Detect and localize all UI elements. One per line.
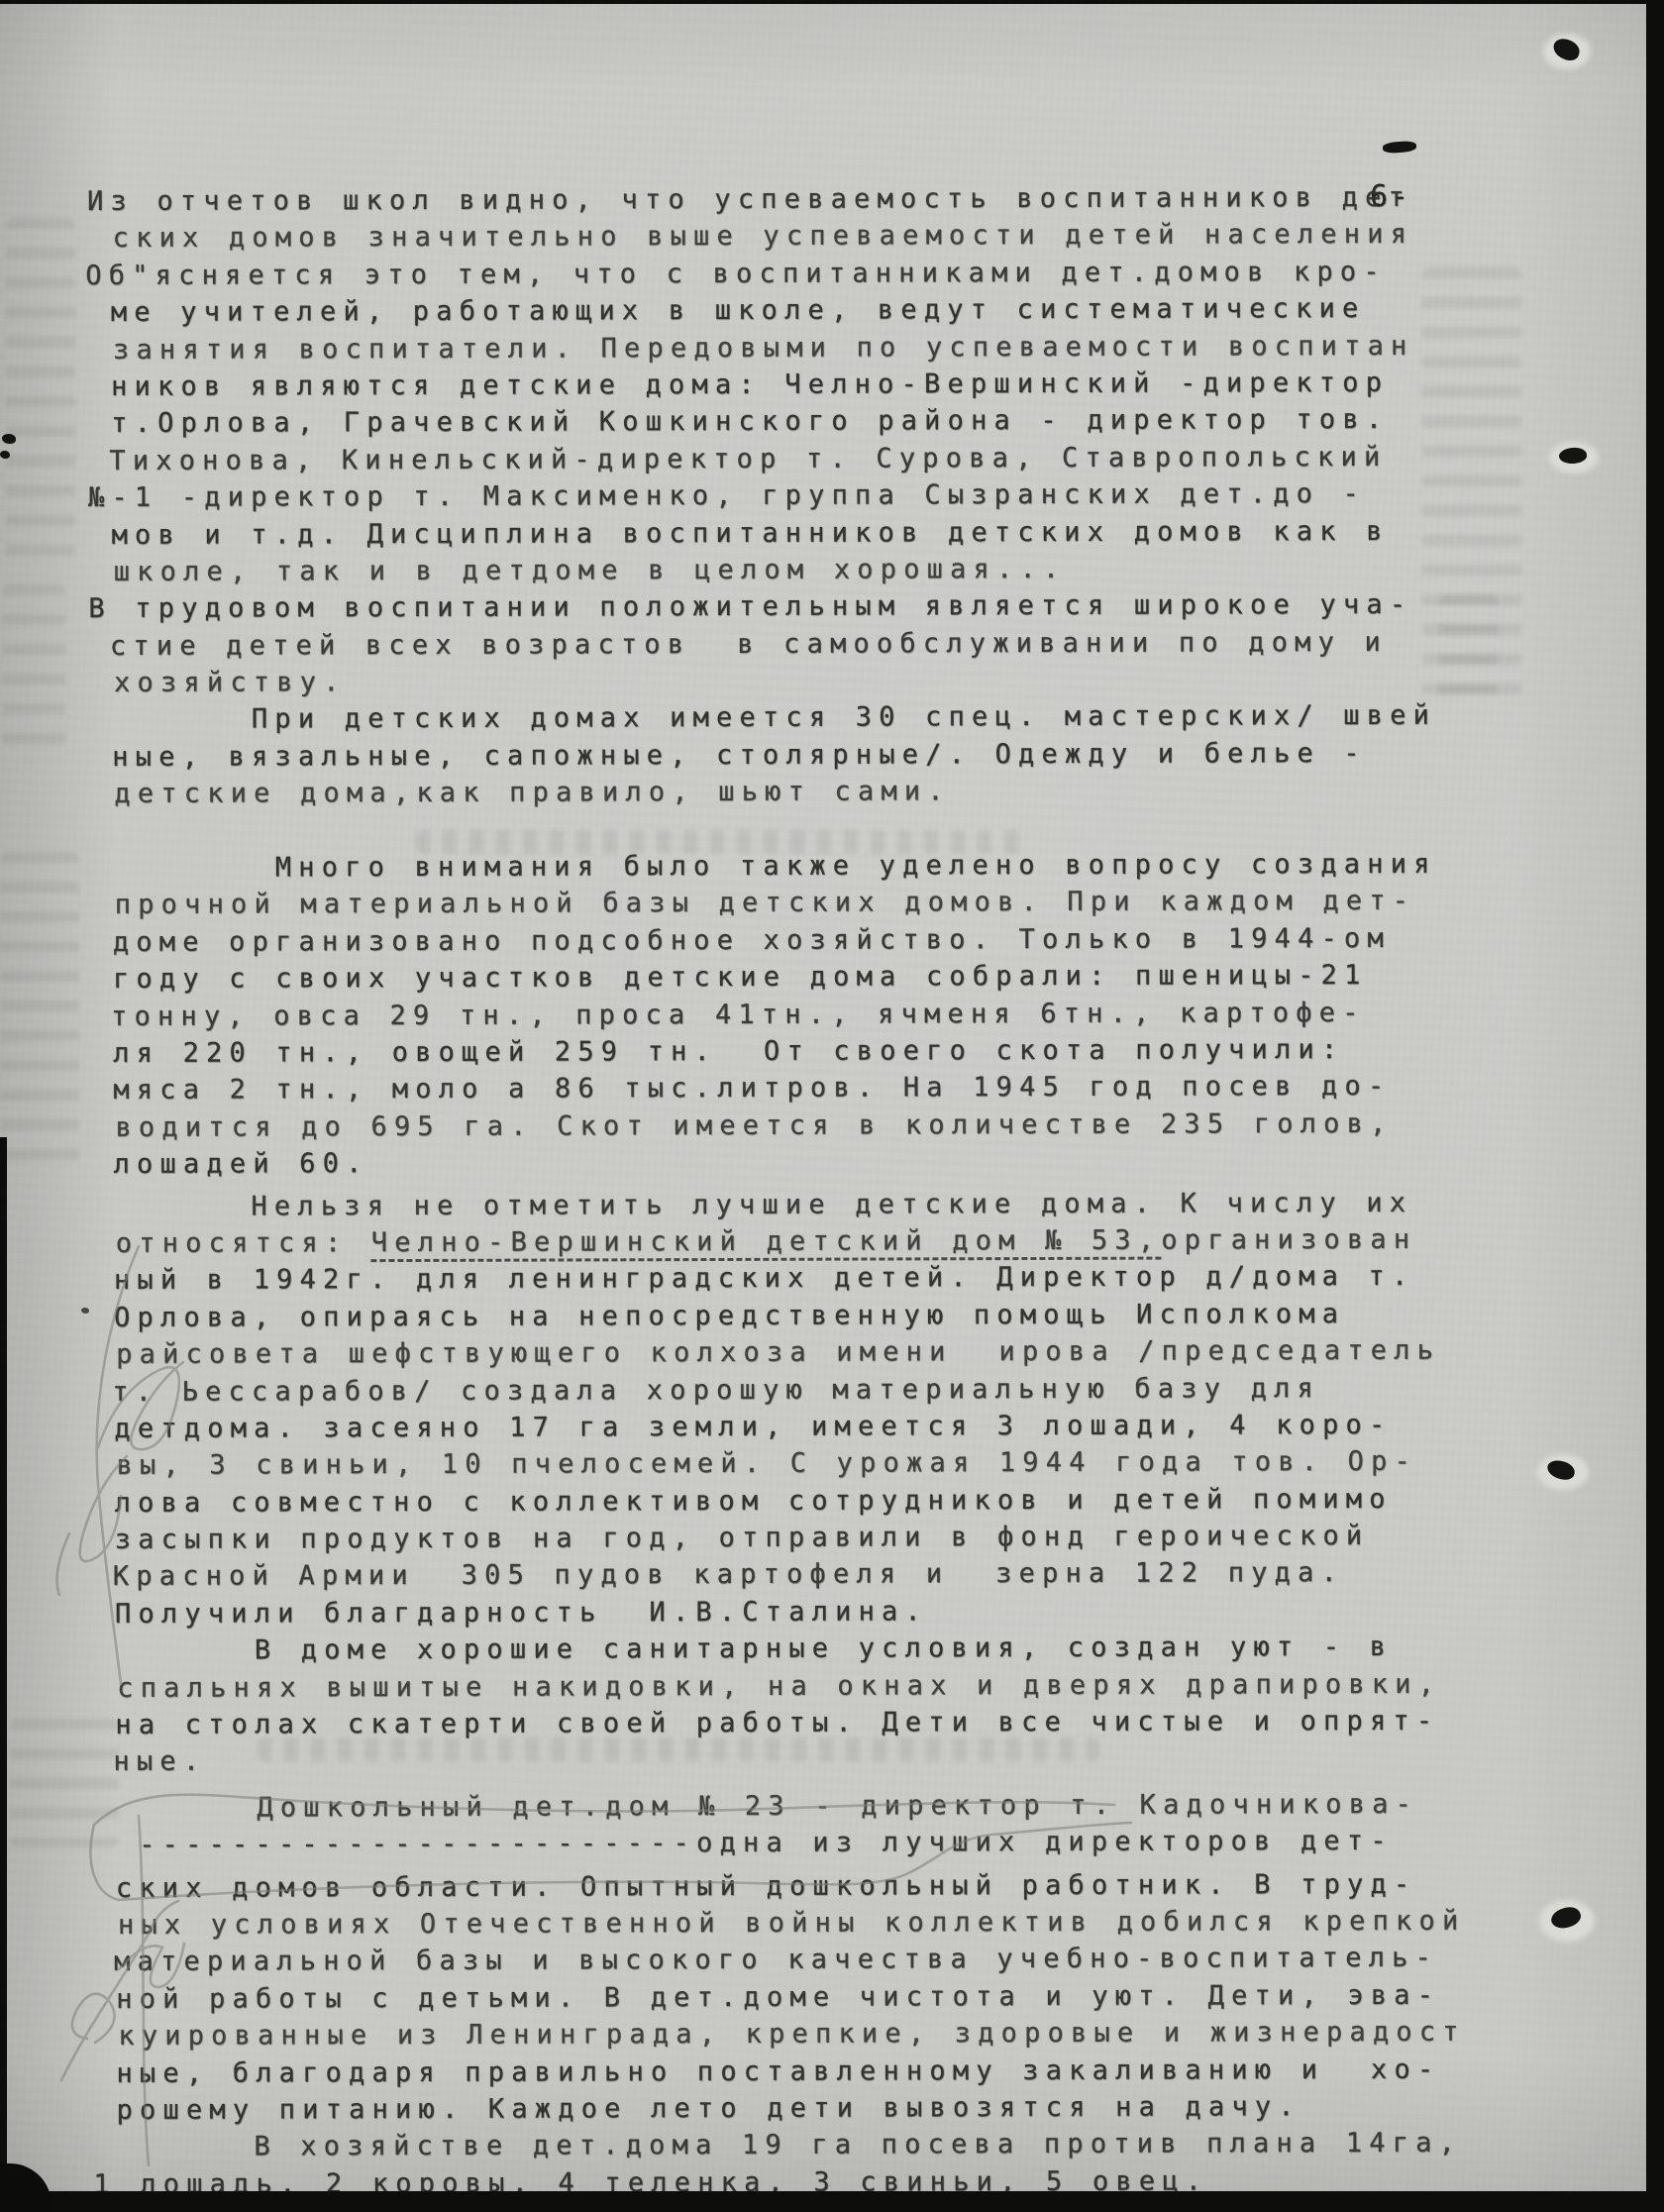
scan-edge-bottom [0, 2191, 1664, 2212]
edge-speck [2, 434, 16, 444]
edge-speck [0, 451, 10, 459]
scan-edge-left [0, 1137, 7, 2212]
dust-speck [81, 1308, 89, 1314]
scan-edge-top [0, 0, 1664, 4]
pencil-annotations [0, 0, 1664, 2212]
scan-edge-right [1646, 0, 1664, 2212]
